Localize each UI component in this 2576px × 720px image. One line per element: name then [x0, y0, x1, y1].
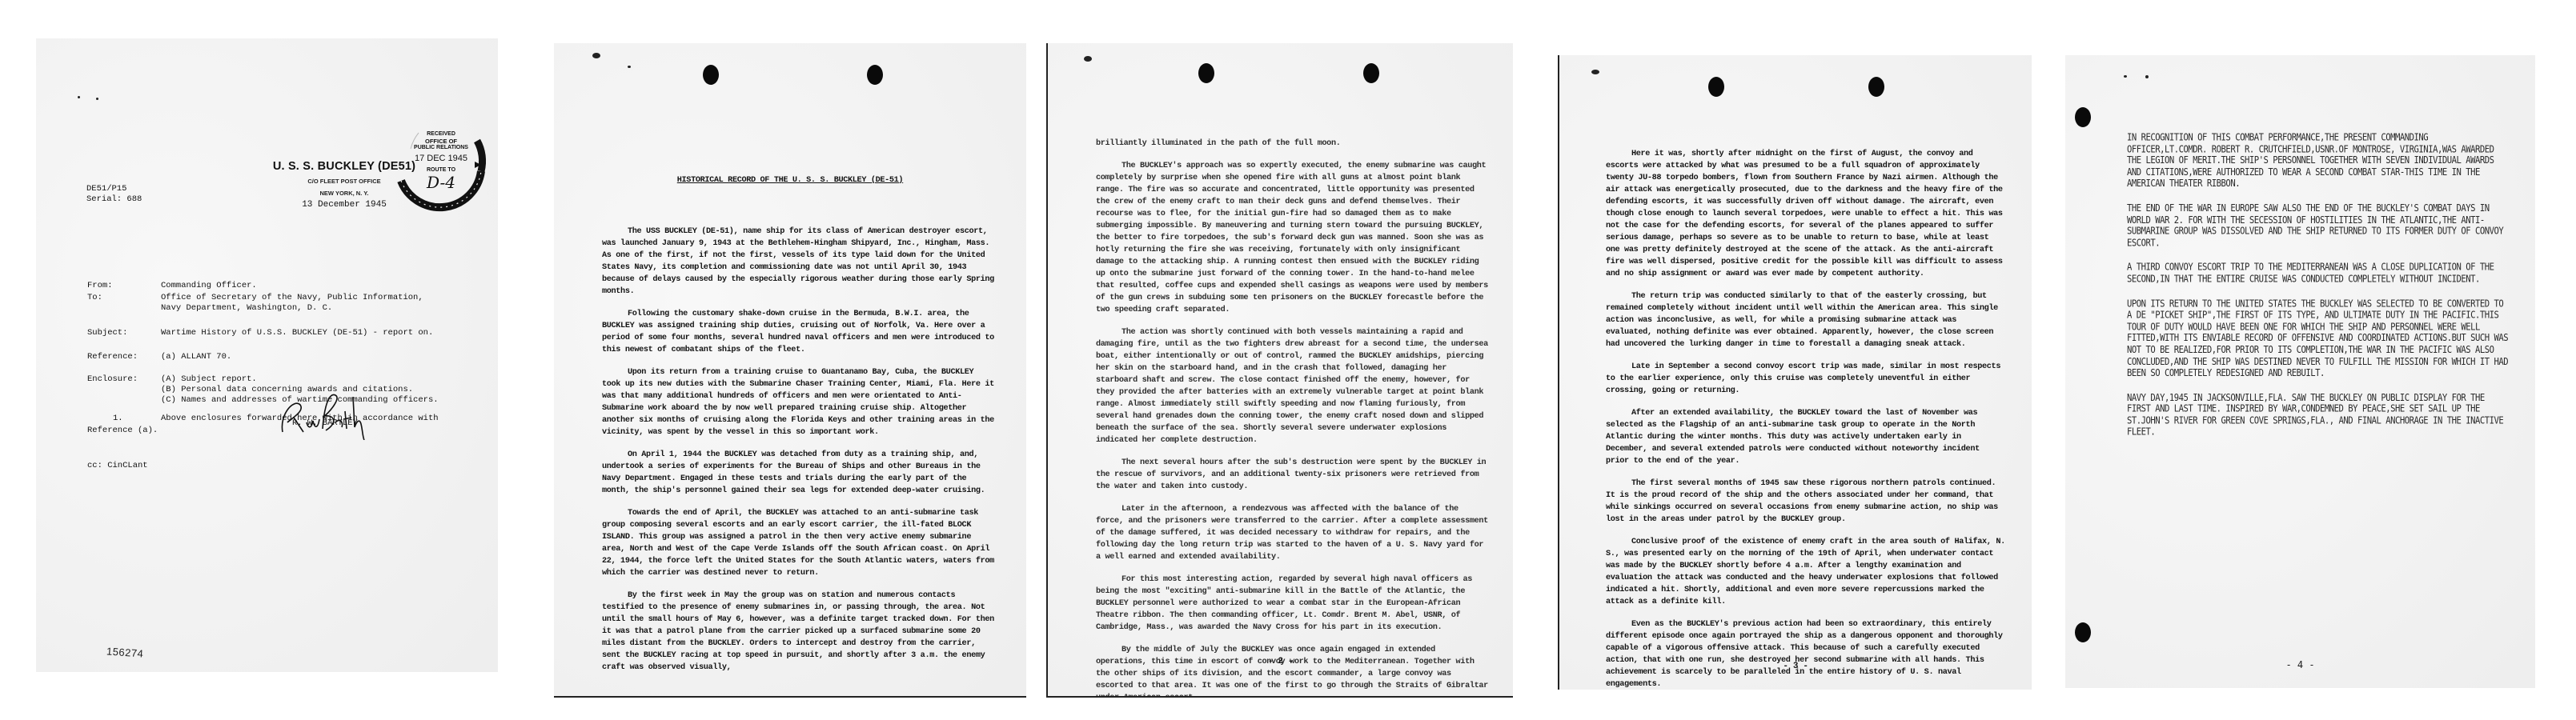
- paper-speck: [592, 53, 600, 58]
- paragraph: The return trip was conducted similarly …: [1606, 290, 2006, 350]
- page-5-body: IN RECOGNITION OF THIS COMBAT PERFORMANC…: [2127, 132, 2511, 451]
- enclosure-label: Enclosure:: [87, 374, 159, 385]
- paragraph: NAVY DAY,1945 IN JACKSONVILLE,FLA. SAW T…: [2127, 392, 2511, 438]
- paragraph: The USS BUCKLEY (DE-51), name ship for i…: [602, 226, 994, 298]
- paper-speck: [96, 98, 98, 100]
- paper-speck: [2145, 75, 2149, 78]
- document-page-5: IN RECOGNITION OF THIS COMBAT PERFORMANC…: [2065, 55, 2535, 688]
- paper-speck: [1084, 56, 1092, 62]
- paragraph: By the middle of July the BUCKLEY was on…: [1096, 644, 1488, 698]
- paper-speck: [628, 66, 631, 68]
- page-number: - 3 -: [1559, 661, 2032, 673]
- page-4-body: Here it was, shortly after midnight on t…: [1606, 148, 2006, 690]
- serial-number: Serial: 688: [86, 194, 142, 205]
- paper-speck: [2124, 75, 2127, 78]
- subject-value: Wartime History of U.S.S. BUCKLEY (DE-51…: [161, 328, 481, 338]
- paragraph: After an extended availability, the BUCK…: [1606, 407, 2006, 467]
- signatory-name: R. W. BARTLEY: [292, 418, 358, 428]
- paragraph: On April 1, 1944 the BUCKLEY was detache…: [602, 449, 994, 497]
- paper-speck: [1591, 70, 1599, 74]
- stamp-received: RECEIVED: [409, 131, 473, 137]
- punch-hole: [1198, 63, 1214, 83]
- file-code: DE51/P15: [86, 184, 142, 194]
- paragraph: The BUCKLEY's approach was so expertly e…: [1096, 160, 1488, 316]
- document-page-4: Here it was, shortly after midnight on t…: [1558, 55, 2032, 690]
- punch-hole: [867, 65, 883, 85]
- punch-hole: [1708, 77, 1724, 97]
- paragraph-continuation: Reference (a).: [87, 426, 247, 436]
- paragraph: A THIRD CONVOY ESCORT TRIP TO THE MEDITE…: [2127, 262, 2511, 286]
- paper-speck: [78, 96, 80, 98]
- carbon-copy: cc: CinCLant: [87, 461, 247, 471]
- handwritten-signature-icon: [276, 390, 372, 440]
- signature: [276, 390, 372, 444]
- stamp-route-value: D-4: [409, 173, 473, 192]
- paragraph: Here it was, shortly after midnight on t…: [1606, 148, 2006, 280]
- document-number-stamp: 156274: [106, 645, 144, 659]
- continued-line: brilliantly illuminated in the path of t…: [1096, 138, 1488, 150]
- paragraph: The next several hours after the sub's d…: [1096, 457, 1488, 493]
- to-value: Office of Secretary of the Navy, Public …: [161, 293, 449, 314]
- paragraph: Towards the end of April, the BUCKLEY wa…: [602, 507, 994, 579]
- paragraph: UPON ITS RETURN TO THE UNITED STATES THE…: [2127, 298, 2511, 379]
- document-heading: HISTORICAL RECORD OF THE U. S. S. BUCKLE…: [554, 174, 1026, 186]
- document-page-1: U. S. S. BUCKLEY (DE51) C/O FLEET POST O…: [36, 38, 498, 672]
- file-identifier: DE51/P15 Serial: 688: [86, 184, 142, 205]
- from-value: Commanding Officer.: [161, 281, 449, 291]
- paragraph: By the first week in May the group was o…: [602, 590, 994, 674]
- subject-label: Subject:: [87, 328, 159, 338]
- page-number: - 2 -: [1048, 656, 1513, 668]
- punch-hole: [1868, 77, 1884, 97]
- punch-hole: [1363, 63, 1379, 83]
- paragraph: For this most interesting action, regard…: [1096, 574, 1488, 634]
- reference-value: (a) ALLANT 70.: [161, 352, 449, 362]
- punch-hole: [703, 65, 719, 85]
- punch-hole: [2075, 107, 2091, 127]
- paragraph: Later in the afternoon, a rendezvous was…: [1096, 503, 1488, 563]
- page-2-body: The USS BUCKLEY (DE-51), name ship for i…: [602, 226, 994, 684]
- paragraph: Upon its return from a training cruise t…: [602, 366, 994, 438]
- stamp-department: PUBLIC RELATIONS: [409, 145, 473, 150]
- stamp-route-label: ROUTE TO: [409, 167, 473, 173]
- paragraph: Late in September a second convoy escort…: [1606, 361, 2006, 397]
- paragraph: The first several months of 1945 saw the…: [1606, 478, 2006, 526]
- paragraph: Following the customary shake-down cruis…: [602, 308, 994, 356]
- paragraph: IN RECOGNITION OF THIS COMBAT PERFORMANC…: [2127, 132, 2511, 190]
- received-stamp: RECEIVED OFFICE OF PUBLIC RELATIONS 17 D…: [395, 125, 488, 226]
- to-label: To:: [87, 293, 159, 303]
- paragraph: Even as the BUCKLEY's previous action ha…: [1606, 618, 2006, 690]
- paragraph: The action was shortly continued with bo…: [1096, 326, 1488, 446]
- page-3-body: brilliantly illuminated in the path of t…: [1096, 138, 1488, 698]
- paragraph: THE END OF THE WAR IN EUROPE SAW ALSO TH…: [2127, 203, 2511, 250]
- from-label: From:: [87, 281, 159, 291]
- document-page-2: HISTORICAL RECORD OF THE U. S. S. BUCKLE…: [554, 43, 1026, 698]
- stamp-office: OFFICE OF: [409, 138, 473, 145]
- page-number: - 4 -: [2065, 659, 2535, 670]
- punch-hole: [2075, 622, 2091, 642]
- paragraph: Conclusive proof of the existence of ene…: [1606, 536, 2006, 608]
- document-page-3: brilliantly illuminated in the path of t…: [1046, 43, 1513, 698]
- reference-label: Reference:: [87, 352, 159, 362]
- stamp-date: 17 DEC 1945: [409, 154, 473, 163]
